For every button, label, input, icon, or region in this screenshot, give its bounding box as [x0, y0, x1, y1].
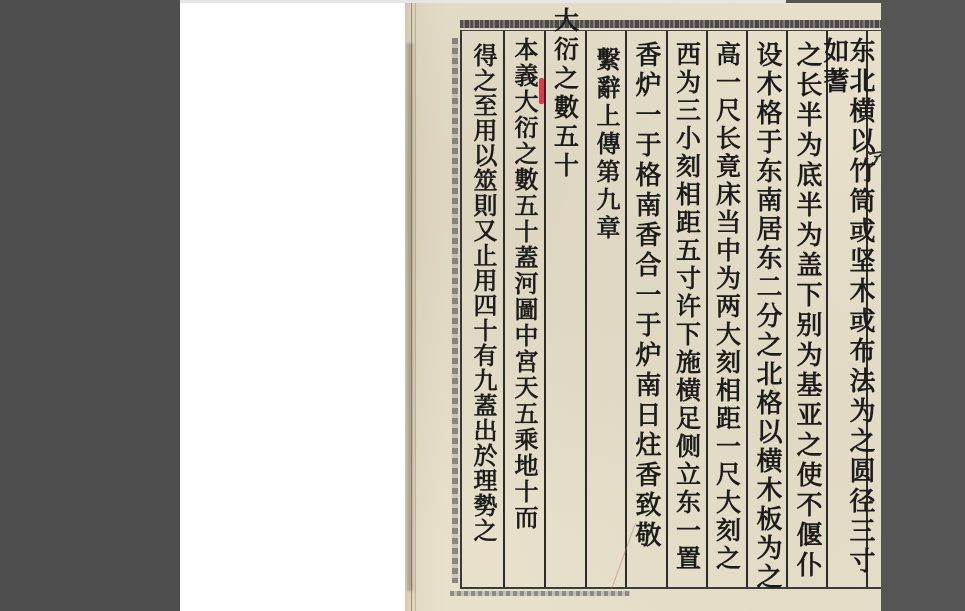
- scripture-text: 大衍之數五十: [553, 7, 578, 181]
- commentary-text: 本義大衍之數五十蓋河圖中宮天五乘地十而: [512, 37, 536, 531]
- scanned-page-image: ア 东北横以竹筒或坚木或布法为之圆径三寸如蓍 之长半为底半为盖下别为基亚之使不偃…: [405, 3, 881, 611]
- frame-top-border: [460, 20, 881, 28]
- column-text: 之长半为底半为盖下别为基亚之使不偃仆: [794, 41, 820, 581]
- text-column-4: 高一尺长竟床当中为两大刻相距一尺大刻之: [708, 41, 746, 593]
- commentary-text: 得之至用以筮則又止用四十有九蓋出於理勢之: [471, 43, 495, 543]
- column-text: 香炉一于格南香合一于炉南日炷香致敬: [633, 41, 659, 551]
- frame-left-outer-border: [452, 38, 458, 583]
- text-column-9-commentary: 本義大衍之數五十蓋河圖中宮天五乘地十而: [505, 37, 543, 589]
- column-text: 东北横以竹筒或坚木或布法为之圆径三寸如蓍: [821, 37, 873, 589]
- text-column-8-scripture: 大衍之數五十: [546, 7, 584, 559]
- chapter-heading-text: 繫辭上傳第九章: [594, 47, 618, 243]
- column-text: 西为三小刻相距五寸许下施横足侧立东一置: [675, 41, 700, 573]
- text-column-2: 之长半为底半为盖下别为基亚之使不偃仆: [788, 41, 826, 593]
- column-text: 高一尺长竟床当中为两大刻相距一尺大刻之: [715, 41, 740, 573]
- text-column-3: 设木格于东南居东二分之北格以横木板为之: [748, 41, 786, 593]
- spine-edge-line: [415, 3, 416, 611]
- page-canvas[interactable]: ア 东北横以竹筒或坚木或布法为之圆径三寸如蓍 之长半为底半为盖下别为基亚之使不偃…: [180, 0, 786, 611]
- spine-shadow: [405, 43, 415, 591]
- text-column-1: 东北横以竹筒或坚木或布法为之圆径三寸如蓍: [828, 37, 866, 589]
- viewer-left-margin: [0, 0, 180, 611]
- frame-top-rule: [460, 30, 881, 31]
- frame-left-border: [460, 30, 462, 587]
- text-column-10-commentary: 得之至用以筮則又止用四十有九蓋出於理勢之: [464, 43, 502, 595]
- text-column-5: 西为三小刻相距五寸许下施横足侧立东一置: [668, 41, 706, 593]
- column-text: 设木格于东南居东二分之北格以横木板为之: [754, 41, 780, 592]
- text-column-7-chapter-heading: 繫辭上傳第九章: [587, 47, 625, 599]
- text-column-6: 香炉一于格南香合一于炉南日炷香致敬: [627, 41, 665, 593]
